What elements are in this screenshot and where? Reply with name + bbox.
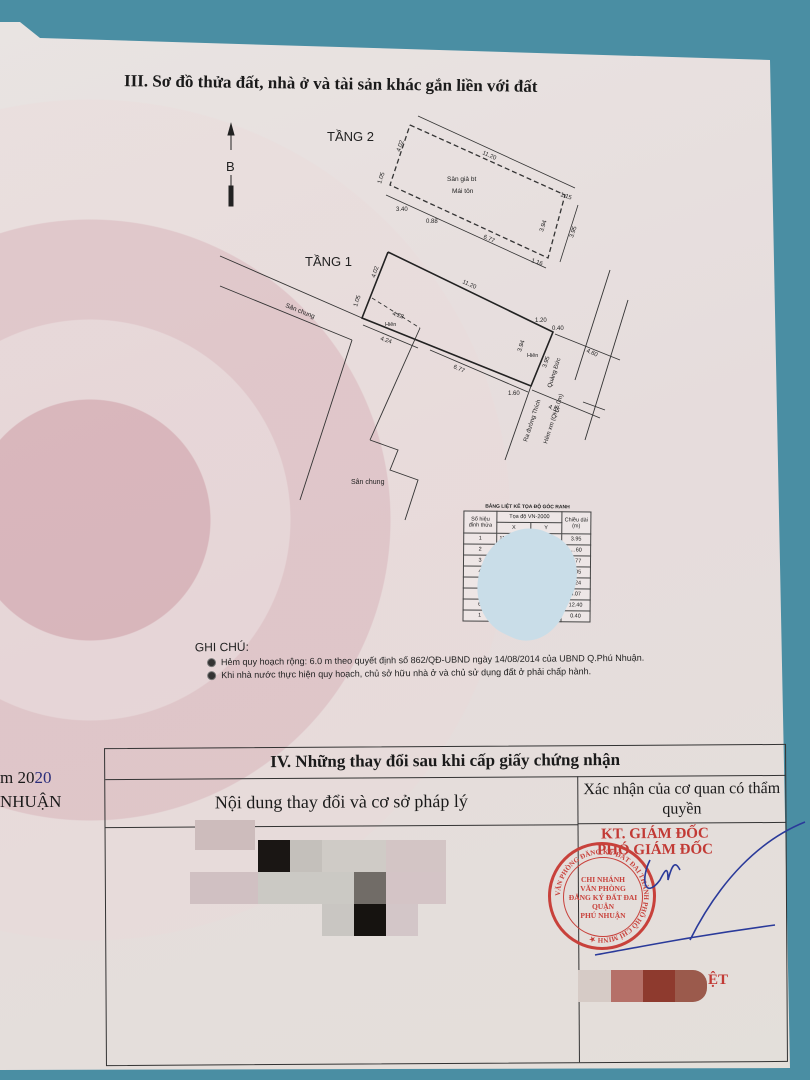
- signer-name-visible: ỆT: [708, 972, 728, 989]
- signature-icon: [0, 0, 810, 1080]
